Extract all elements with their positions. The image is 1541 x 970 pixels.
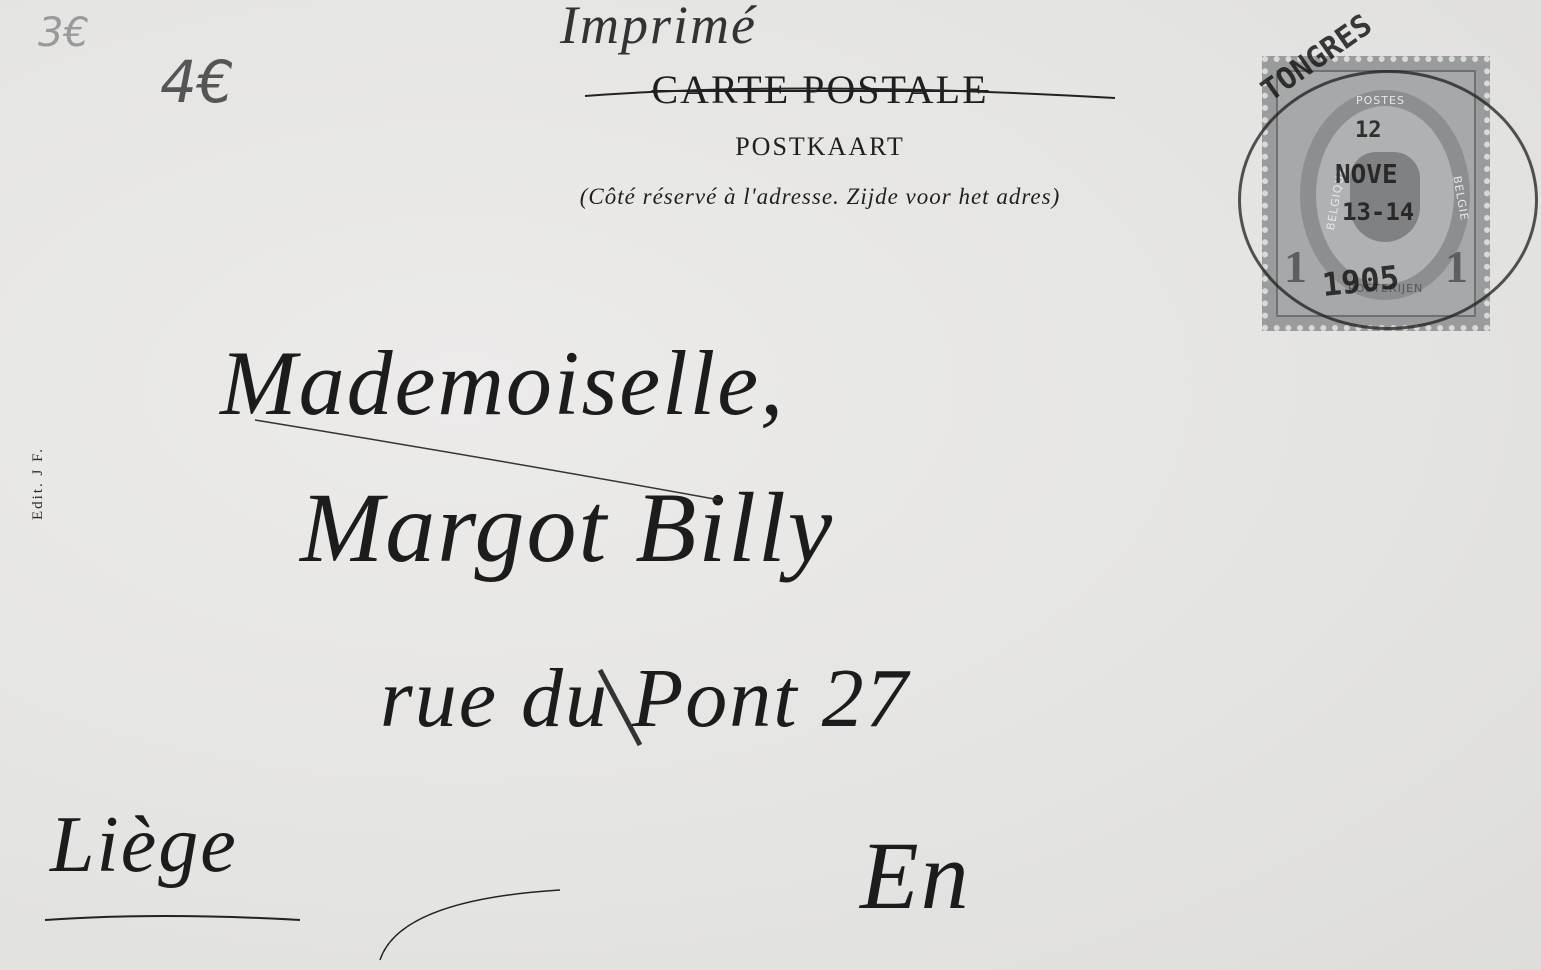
postcard: 3€ 4€ Imprimé CARTE POSTALE POSTKAART (C… — [0, 0, 1541, 970]
pen-flourishes — [0, 0, 1541, 970]
